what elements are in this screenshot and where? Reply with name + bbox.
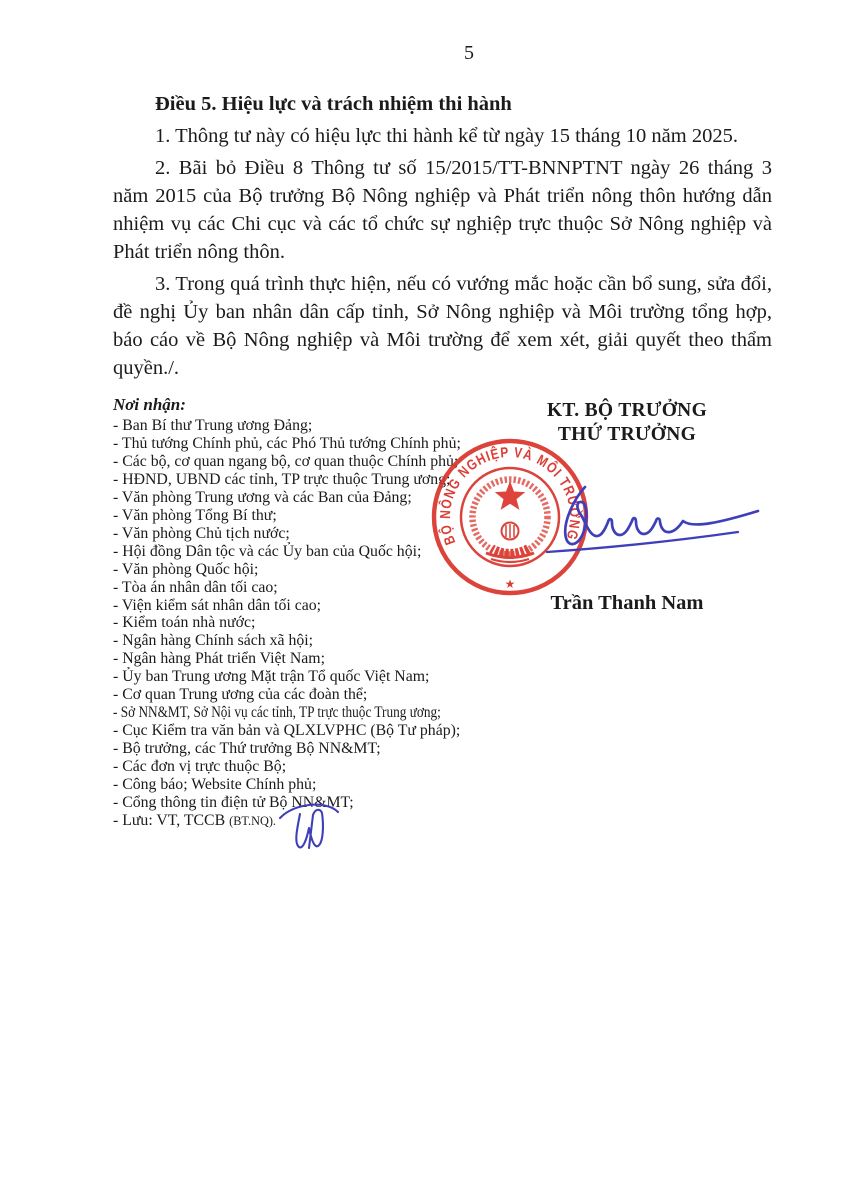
list-item: - Cục Kiểm tra văn bản và QLXLVPHC (Bộ T… xyxy=(113,722,493,740)
list-item: - Ban Bí thư Trung ương Đảng; xyxy=(113,417,493,435)
list-item: - Bộ trưởng, các Thứ trưởng Bộ NN&MT; xyxy=(113,740,493,758)
article-paragraph-1: 1. Thông tư này có hiệu lực thi hành kể … xyxy=(113,122,772,150)
list-item: - Công báo; Website Chính phủ; xyxy=(113,776,493,794)
signer-name: Trần Thanh Nam xyxy=(496,592,758,615)
document-page: 5 Điều 5. Hiệu lực và trách nhiệm thi hà… xyxy=(0,0,849,1200)
recipients-label: Nơi nhận: xyxy=(113,395,493,415)
list-item: - Ủy ban Trung ương Mặt trận Tổ quốc Việ… xyxy=(113,668,493,686)
signature-scrawl xyxy=(565,487,758,544)
signer-title-line1: KT. BỘ TRƯỞNG xyxy=(496,399,758,423)
signature-ink xyxy=(420,455,765,565)
seal-bottom-star-icon: ★ xyxy=(505,577,516,591)
article-section: Điều 5. Hiệu lực và trách nhiệm thi hành… xyxy=(113,90,772,382)
paraph-hat-stroke xyxy=(280,805,338,818)
list-item: - Các đơn vị trực thuộc Bộ; xyxy=(113,758,493,776)
page-number: 5 xyxy=(453,42,485,65)
list-item: - Ngân hàng Chính sách xã hội; xyxy=(113,632,493,650)
list-item: - Ngân hàng Phát triển Việt Nam; xyxy=(113,650,493,668)
article-heading: Điều 5. Hiệu lực và trách nhiệm thi hành xyxy=(113,90,772,118)
list-item: - Cơ quan Trung ương của các đoàn thể; xyxy=(113,686,493,704)
list-item-text: - Lưu: VT, TCCB xyxy=(113,812,225,829)
clerk-initials-mark xyxy=(268,798,358,860)
paraph-w-stroke xyxy=(296,810,323,848)
list-item: - Viện kiểm sát nhân dân tối cao; xyxy=(113,597,493,615)
list-item: - Kiểm toán nhà nước; xyxy=(113,614,493,632)
article-paragraph-2: 2. Bãi bỏ Điều 8 Thông tư số 15/2015/TT-… xyxy=(113,154,772,266)
article-paragraph-3: 3. Trong quá trình thực hiện, nếu có vướ… xyxy=(113,270,772,382)
list-item: - Sở NN&MT, Sở Nội vụ các tỉnh, TP trực … xyxy=(113,704,432,722)
